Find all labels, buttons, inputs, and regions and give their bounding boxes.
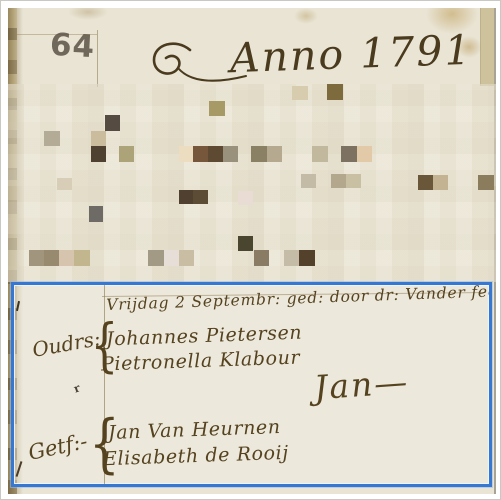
mosaic-block: [44, 250, 59, 266]
child-name: Jan—: [313, 362, 411, 408]
mosaic-block: [91, 131, 106, 146]
parent-name-1: Johannes Pietersen: [106, 322, 303, 351]
paper-stain: [68, 8, 108, 20]
mosaic-block: [193, 146, 208, 162]
entry-date-line: Vrijdag 2 Septembr: ged: door dr: Vander…: [106, 285, 489, 314]
mosaic-block: [209, 101, 225, 116]
witnesses-label: Getf:-: [26, 429, 89, 465]
mosaic-block: [327, 84, 343, 100]
mosaic-block: [418, 175, 433, 190]
mosaic-block: [179, 190, 193, 204]
mosaic-block: [251, 146, 267, 162]
mosaic-block: [238, 236, 253, 251]
mosaic-block: [346, 174, 361, 188]
mosaic-block: [254, 250, 269, 266]
witness-name-1: Jan Van Heurnen: [108, 416, 281, 444]
mosaic-block: [164, 250, 179, 266]
mosaic-block: [57, 178, 72, 190]
page-number: 64: [49, 27, 96, 65]
ink-mark: [16, 461, 23, 477]
mosaic-block: [312, 146, 328, 162]
mosaic-block: [89, 206, 103, 222]
ink-mark-small: r: [72, 381, 82, 395]
witness-name-2: Elisabeth de Rooij: [103, 442, 289, 470]
ledger-margin-line: [97, 30, 98, 87]
page-edge-right: [480, 8, 495, 86]
highlight-annotation-box[interactable]: Vrijdag 2 Septembr: ged: door dr: Vander…: [11, 282, 492, 487]
screenshot-frame: 64 Anno 1791 Vrijdag 2 Septembr: ged: do…: [0, 0, 501, 500]
mosaic-block: [59, 250, 74, 266]
mosaic-block: [193, 190, 208, 204]
mosaic-block: [208, 146, 223, 162]
mosaic-block: [301, 174, 316, 188]
parent-name-2: Pietronella Klabour: [101, 347, 301, 376]
mosaic-block: [148, 250, 164, 266]
ink-mark: [16, 301, 20, 311]
mosaic-block: [29, 250, 44, 266]
mosaic-block: [179, 146, 194, 162]
mosaic-block: [331, 174, 346, 188]
mosaic-block: [44, 131, 60, 146]
mosaic-block: [91, 146, 106, 162]
mosaic-block: [478, 175, 494, 190]
mosaic-block: [284, 250, 299, 266]
mosaic-block: [299, 250, 315, 266]
mosaic-block: [267, 146, 282, 162]
mosaic-block: [341, 146, 357, 162]
mosaic-region: [8, 84, 496, 282]
year-title: Anno 1791: [229, 26, 473, 82]
mosaic-block: [433, 175, 448, 190]
mosaic-block: [357, 146, 372, 162]
mosaic-block: [119, 146, 134, 162]
mosaic-block: [105, 115, 120, 131]
baptism-entry: Vrijdag 2 Septembr: ged: door dr: Vander…: [14, 285, 489, 484]
mosaic-block: [238, 191, 253, 205]
year-heading: Anno 1791: [138, 22, 468, 88]
mosaic-block: [74, 250, 90, 266]
mosaic-block: [179, 250, 194, 266]
mosaic-block: [292, 86, 308, 100]
mosaic-block: [223, 146, 238, 162]
